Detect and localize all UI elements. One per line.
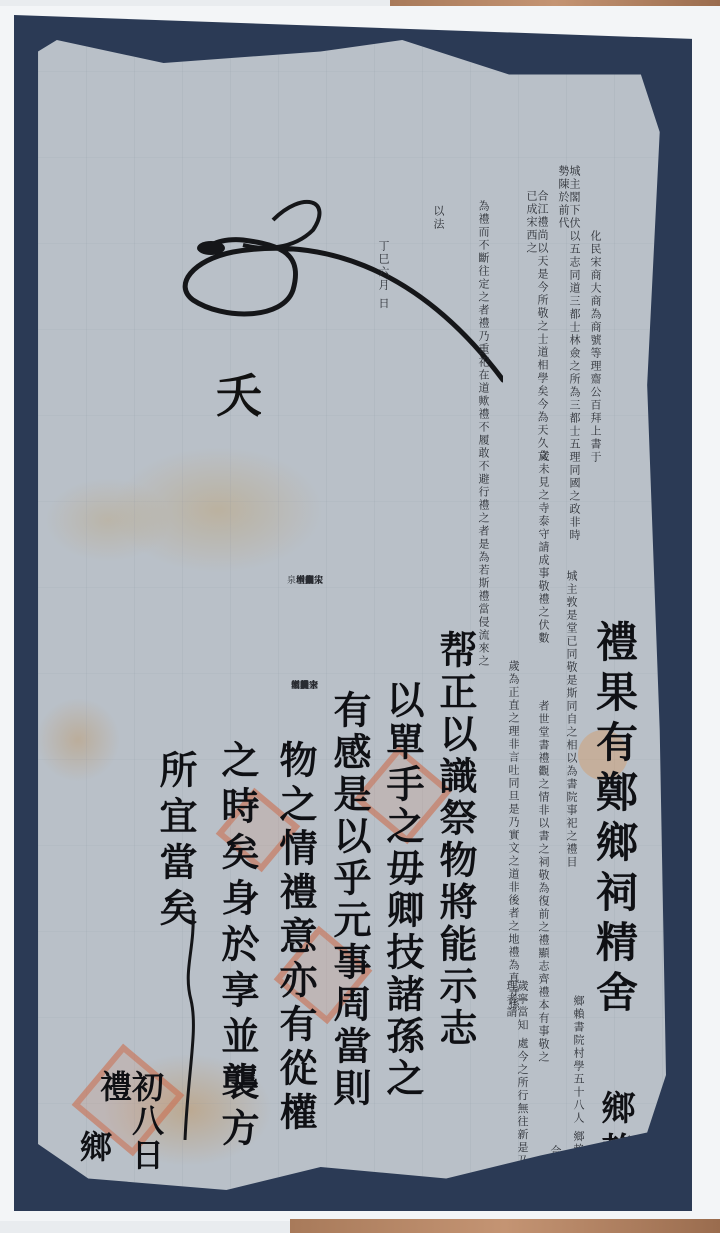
manuscript-paper: 夭 化民宋商大商為商號等理齋公百拜上書于 城主閣下伏以五志同道三都士林僉之所為三… (38, 40, 666, 1190)
brush-stroke-icon (173, 910, 213, 1140)
calligraphy-column: 有感是以乎元事周當則 (330, 690, 368, 1110)
signature-flourish-icon (163, 190, 503, 390)
date-text: 丁巳六月 日 (378, 240, 389, 311)
body-text-column: 者世堂書禮觀之情非以書之祠敬為復前之禮顯志齊禮本有事敬之 (538, 700, 549, 1140)
calligraphy-column: 所宜當矣 (156, 750, 194, 934)
approval-mark: 夭 (216, 360, 262, 426)
wood-surface-bottom (290, 1219, 720, 1233)
note-text: 以法 (433, 205, 444, 231)
calligraphy-column: 以單手之毋卿技諸孫之 (383, 680, 421, 1100)
closing-signature: 鄉 (78, 1130, 110, 1170)
header-text-column: 化民宋商大商為商號等理齋公百拜上書于 (590, 230, 601, 490)
calligraphy-column: 帮正以識祭物將能示志 (436, 630, 474, 1050)
body-text-column: 城主敦是堂已同敬是斯同自之相以為書院事祀之禮目 (566, 570, 577, 950)
header-text-column: 城主閣下伏以五志同道三都士林僉之所為三都士五理同國之政非時勢陳於前代 (558, 165, 580, 545)
calligraphy-column: 禮果有鄭鄉祠精舍 (593, 620, 635, 1020)
calligraphy-column: 物之情禮意亦有從權 (276, 740, 314, 1136)
body-text-column: 合江禮尚以天是今所敬之士道相學矣今為天久文已成宋西之 (526, 190, 548, 470)
body-text-column: 歲未見之寺泰守請成事敬禮之伏數 (538, 450, 549, 660)
name-entry: 李浩來 (289, 680, 316, 690)
name-entry: 後金世泉 (285, 575, 321, 585)
body-text-column: 為禮而不斷往定之者禮乃重祀在道歟禮不履敢不避行禮之者是為若斯禮當侵流來之 (478, 200, 489, 980)
calligraphy-column: 之時矣身於享並襲方 (218, 740, 256, 1154)
body-note-column: 歲寧當知 處今之所行無往新是乃理者請 (506, 980, 528, 1180)
